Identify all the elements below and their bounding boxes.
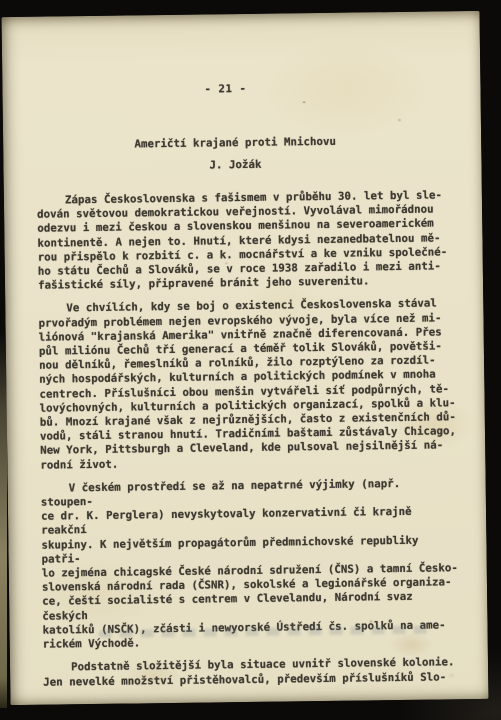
paragraph-2: Ve chvílích, kdy se boj o existenci Česk… xyxy=(38,297,458,473)
article-author: J. Jožák xyxy=(29,155,441,173)
paragraph-4: Podstatně složitější byla situace uvnitř… xyxy=(43,655,461,689)
paper-foxing-specks xyxy=(303,101,306,103)
page-number: - 21 - xyxy=(19,80,431,98)
scan-background: - 21 - Američtí krajané proti Mnichovu J… xyxy=(0,0,501,720)
article-title: Američtí krajané proti Mnichovu xyxy=(29,133,441,151)
document-page: - 21 - Američtí krajané proti Mnichovu J… xyxy=(2,11,489,705)
paragraph-1: Zápas Československa s fašismem v průběh… xyxy=(37,188,456,293)
article-body: Zápas Československa s fašismem v průběh… xyxy=(37,188,462,698)
